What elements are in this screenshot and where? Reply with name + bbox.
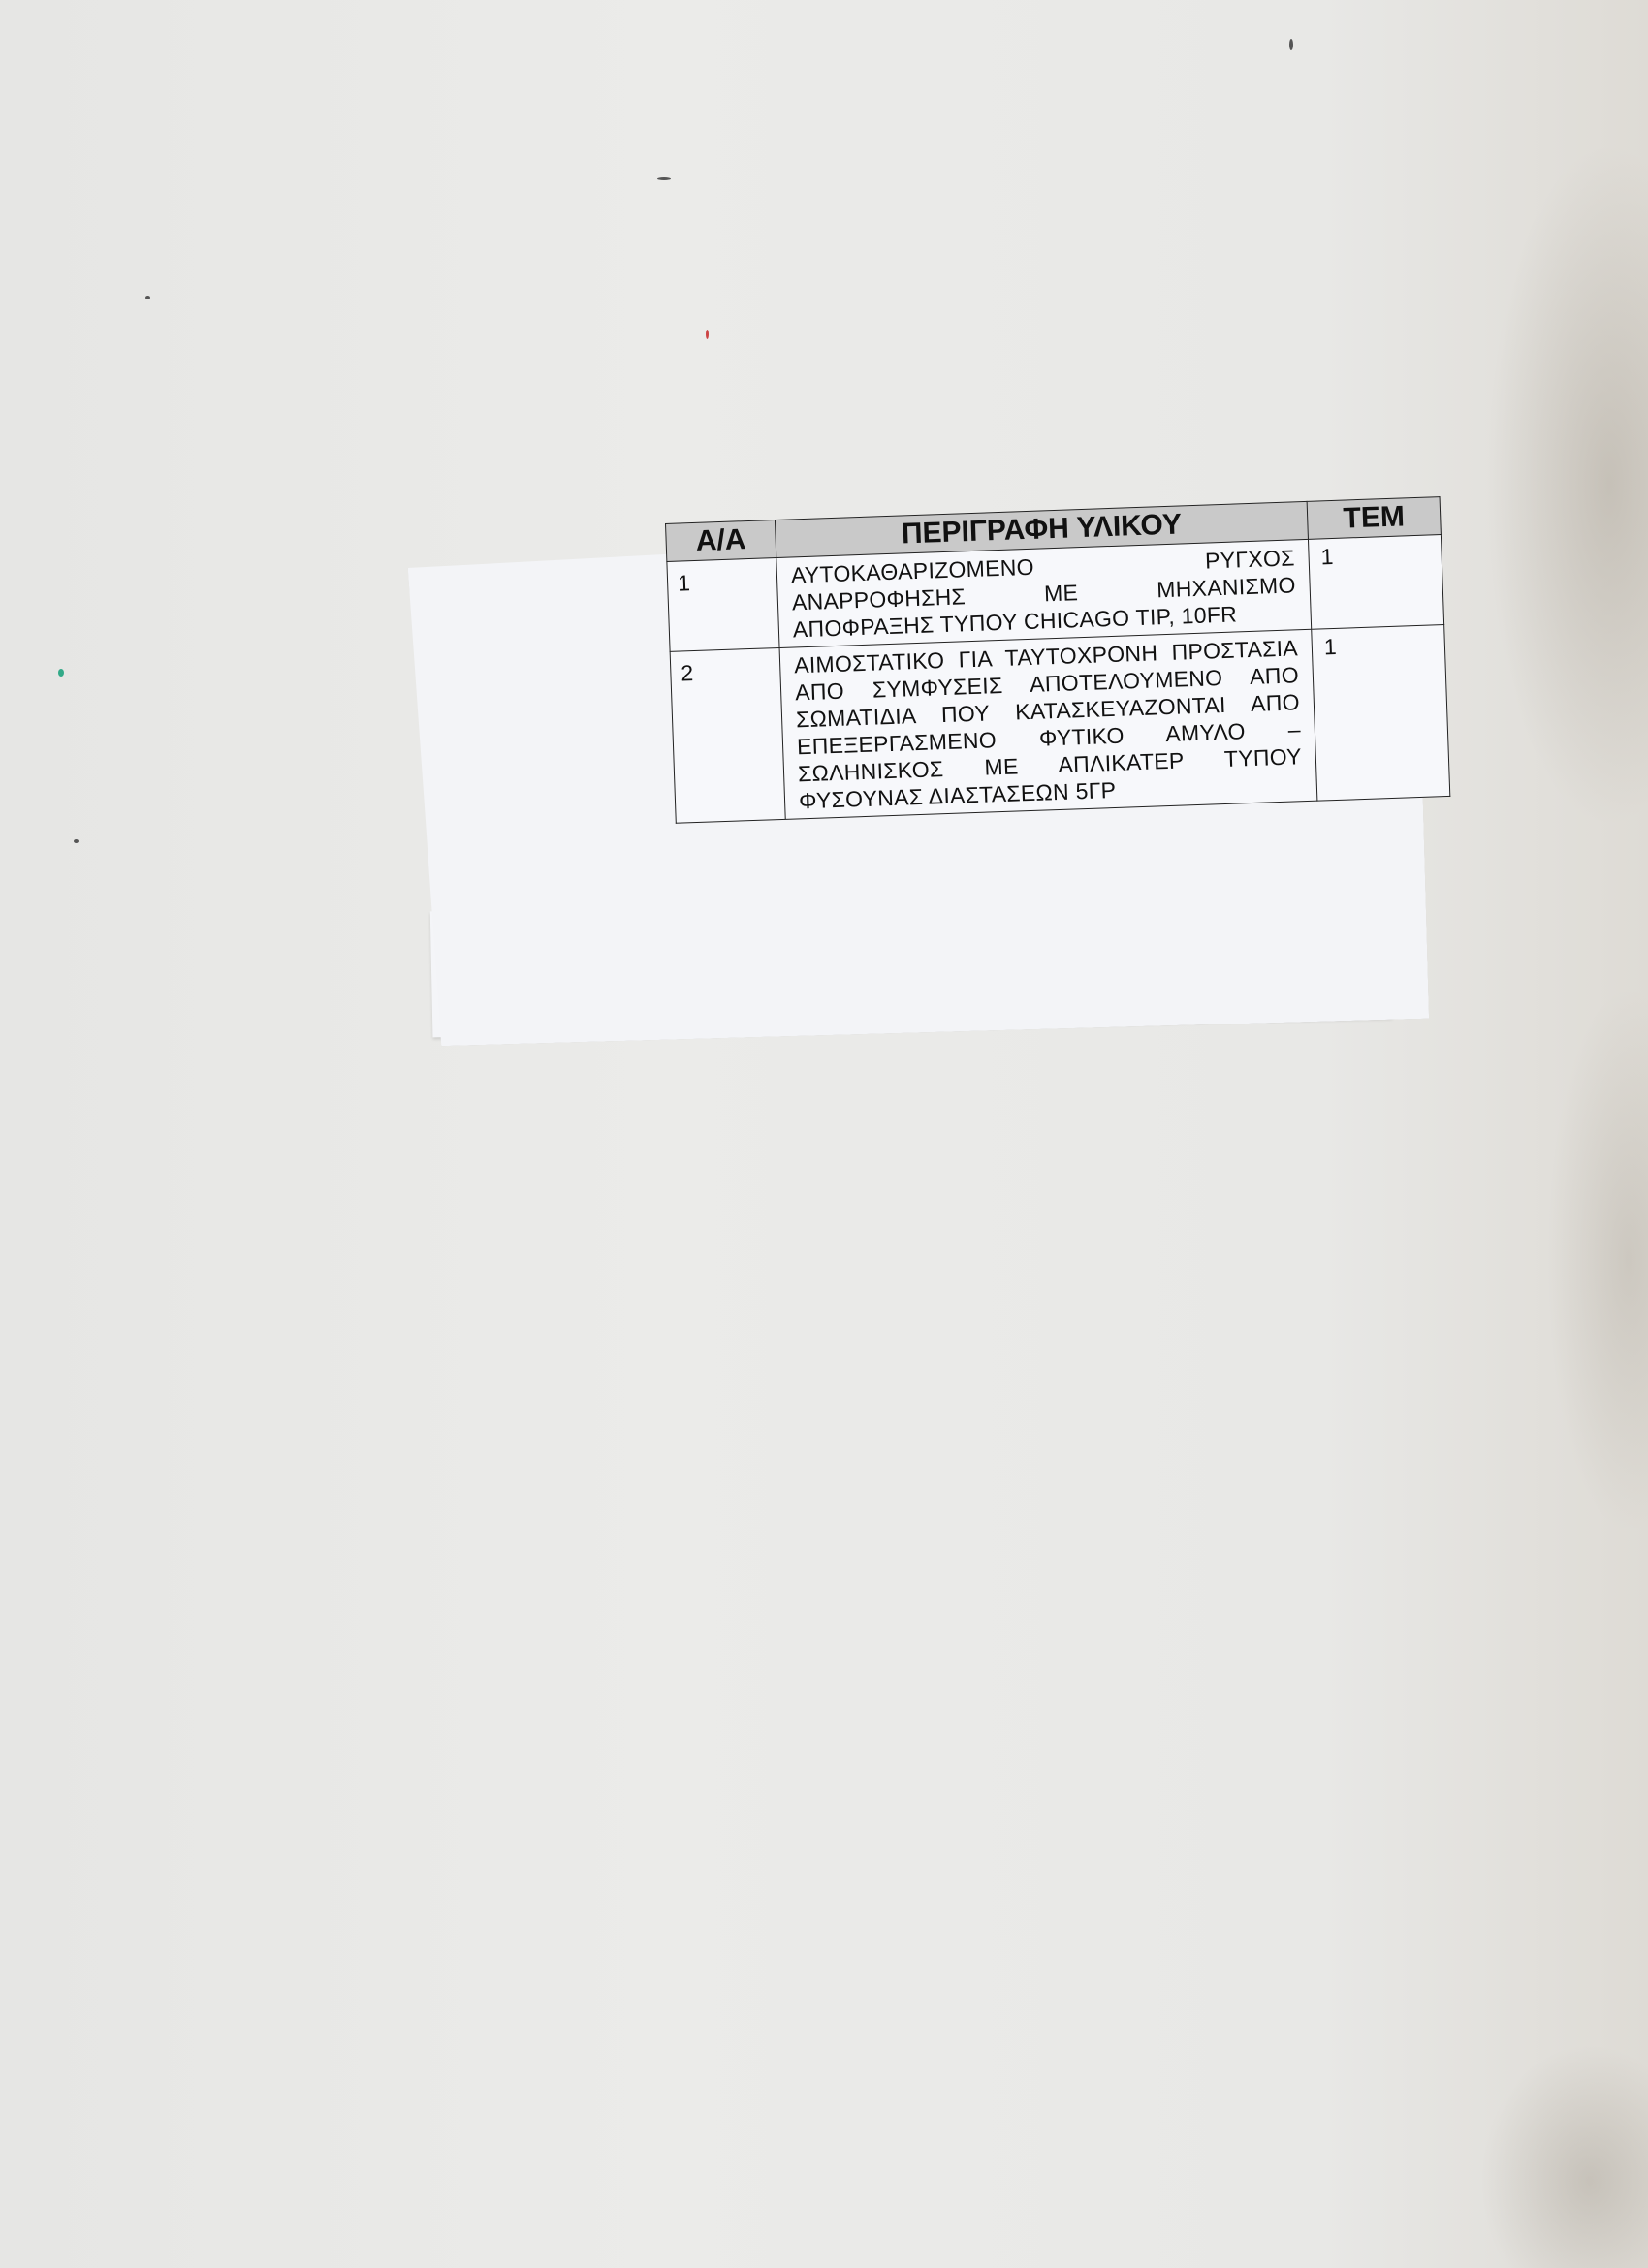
header-serial-number: Α/Α [666,520,776,562]
items-table: Α/Α ΠΕΡΙΓΡΑΦΗ ΥΛΙΚΟΥ ΤΕΜ 1 ΑΥΤΟΚΑΘΑΡΙΖΟΜ… [665,496,1450,824]
scanned-page-background [0,0,1648,2268]
dust-speck [58,669,64,677]
dust-speck [657,177,671,180]
dust-speck [145,296,150,299]
table-row: 2 ΑΙΜΟΣΤΑΤΙΚΟ ΓΙΑ ΤΑΥΤΟΧΡΟΝΗ ΠΡΟΣΤΑΣΙΑ Α… [670,625,1450,824]
items-table-container: Α/Α ΠΕΡΙΓΡΑΦΗ ΥΛΙΚΟΥ ΤΕΜ 1 ΑΥΤΟΚΑΘΑΡΙΖΟΜ… [665,496,1450,824]
dust-speck [706,330,709,339]
header-quantity: ΤΕΜ [1307,497,1441,540]
row-quantity: 1 [1308,535,1443,630]
row-number: 2 [670,647,785,823]
dust-speck [74,839,79,843]
dust-speck [1289,39,1293,50]
row-number: 1 [667,558,779,652]
row-quantity: 1 [1312,625,1450,802]
row-description: ΑΙΜΟΣΤΑΤΙΚΟ ΓΙΑ ΤΑΥΤΟΧΡΟΝΗ ΠΡΟΣΤΑΣΙΑ ΑΠΟ… [779,629,1317,819]
